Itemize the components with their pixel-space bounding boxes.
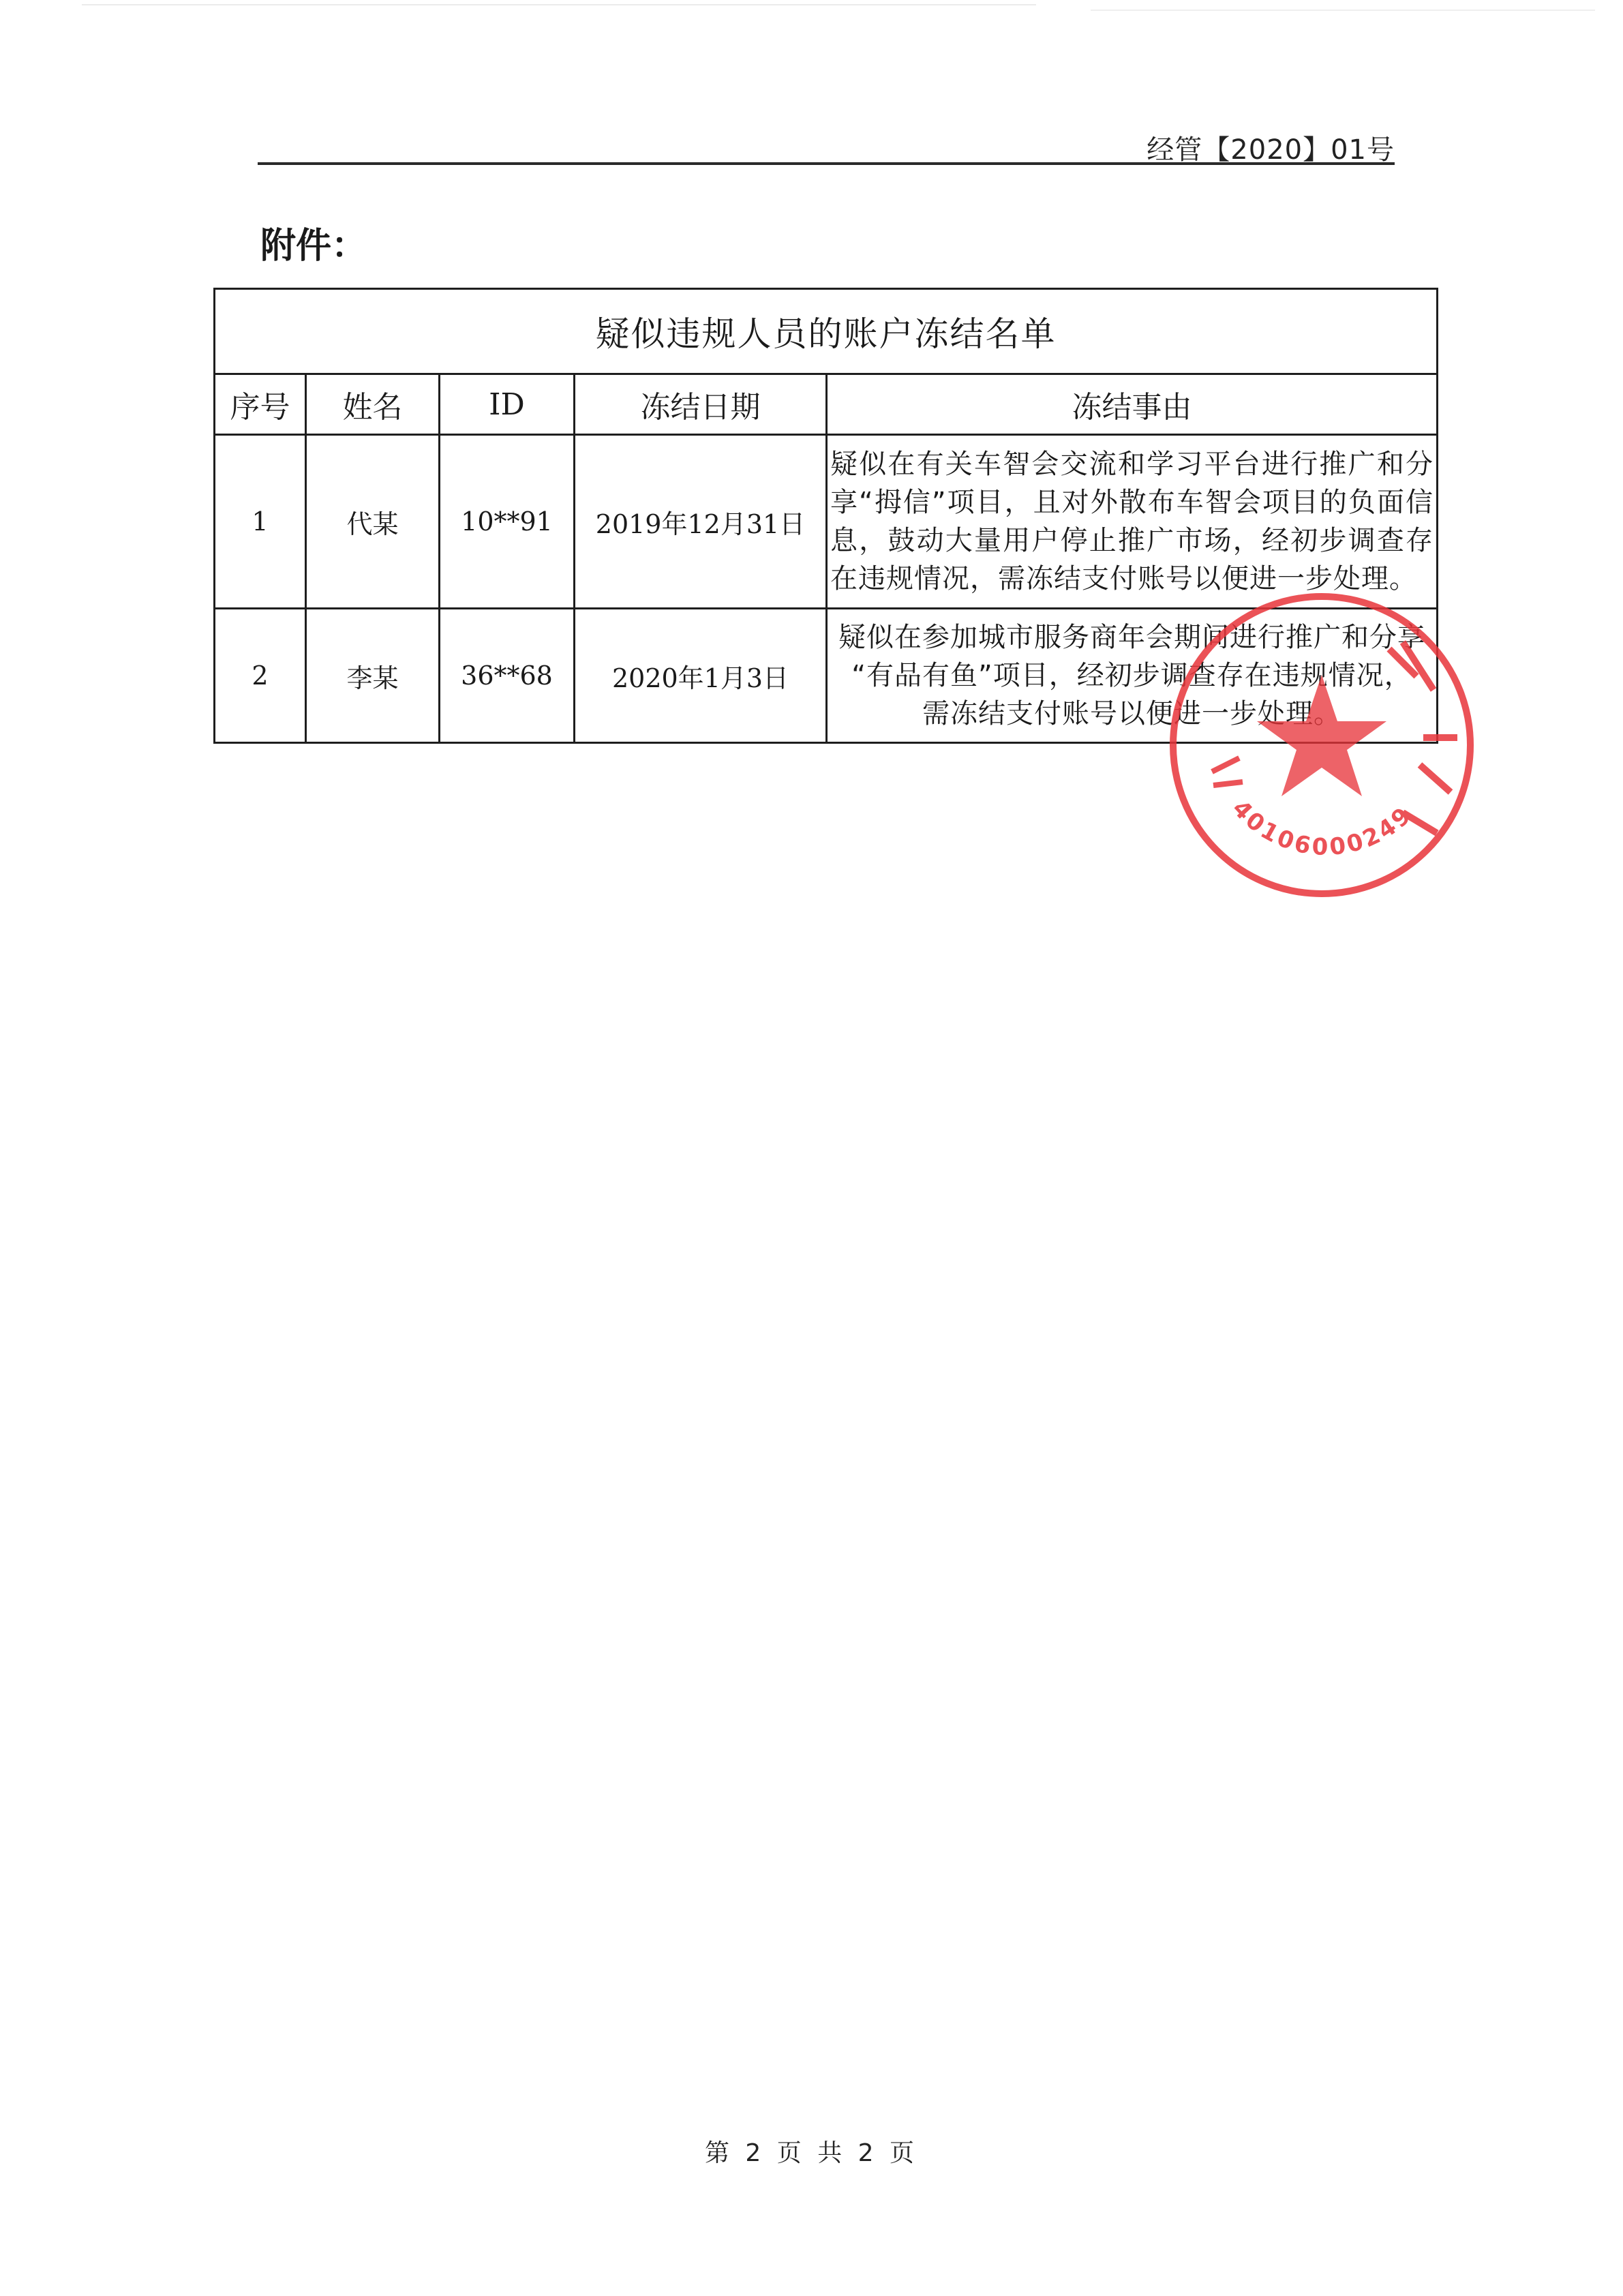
column-header-name: 姓名 <box>306 374 440 435</box>
table-title: 疑似违规人员的账户冻结名单 <box>215 289 1438 374</box>
attachment-label: 附件： <box>260 217 367 268</box>
scan-artifact <box>1091 10 1595 11</box>
cell-reason: 疑似在参加城市服务商年会期间进行推广和分享 “有品有鱼”项目，经初步调查存在违规… <box>827 609 1438 743</box>
header-divider <box>258 162 1395 165</box>
table-row: 2 李某 36**68 2020年1月3日 疑似在参加城市服务商年会期间进行推广… <box>215 609 1438 743</box>
cell-date: 2020年1月3日 <box>575 609 827 743</box>
table-header-row: 序号 姓名 ID 冻结日期 冻结事由 <box>215 374 1438 435</box>
cell-index: 1 <box>215 435 306 609</box>
scan-artifact <box>82 4 1036 5</box>
column-header-index: 序号 <box>215 374 306 435</box>
cell-id: 36**68 <box>440 609 575 743</box>
cell-name: 代某 <box>306 435 440 609</box>
page-indicator: 第 2 页 共 2 页 <box>0 2134 1623 2169</box>
cell-name: 李某 <box>306 609 440 743</box>
reason-line: “有品有鱼”项目，经初步调查存在违规情况， <box>830 656 1434 695</box>
column-header-reason: 冻结事由 <box>827 374 1438 435</box>
table-row: 1 代某 10**91 2019年12月31日 疑似在有关车智会交流和学习平台进… <box>215 435 1438 609</box>
reason-line: 疑似在参加城市服务商年会期间进行推广和分享 <box>830 618 1434 656</box>
account-freeze-table: 疑似违规人员的账户冻结名单 序号 姓名 ID 冻结日期 冻结事由 1 代某 10… <box>213 288 1438 744</box>
cell-reason: 疑似在有关车智会交流和学习平台进行推广和分享“拇信”项目，且对外散布车智会项目的… <box>827 435 1438 609</box>
column-header-id: ID <box>440 374 575 435</box>
document-number: 经管【2020】01号 <box>1147 128 1395 167</box>
reason-line: 需冻结支付账号以便进一步处理。 <box>830 695 1434 733</box>
cell-index: 2 <box>215 609 306 743</box>
cell-date: 2019年12月31日 <box>575 435 827 609</box>
cell-id: 10**91 <box>440 435 575 609</box>
column-header-date: 冻结日期 <box>575 374 827 435</box>
